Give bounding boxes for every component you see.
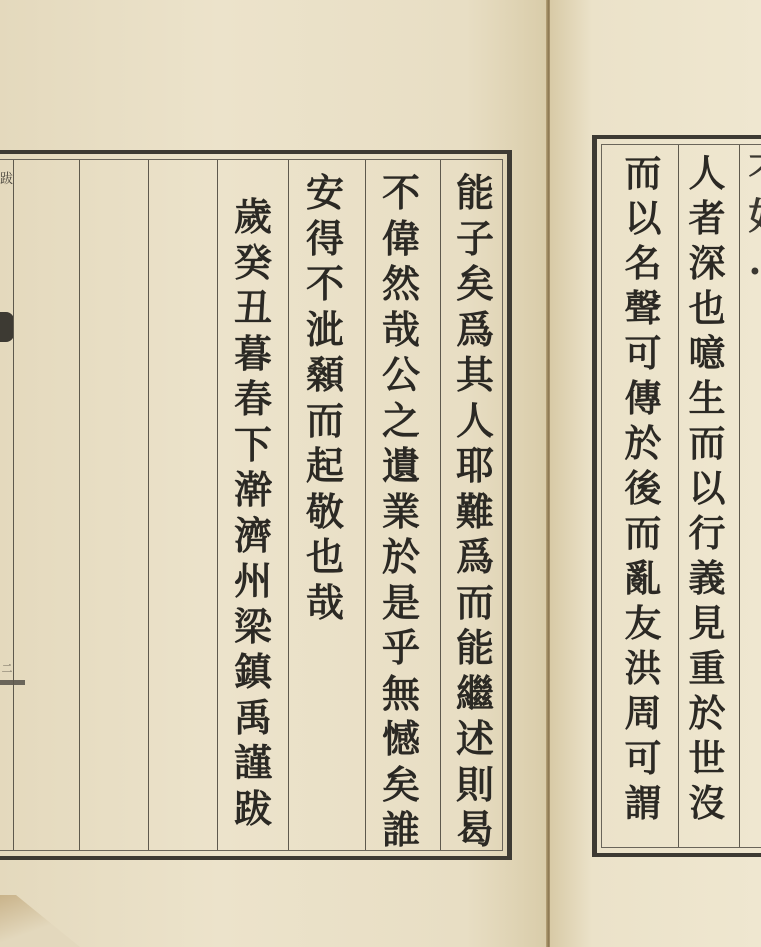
glyph: 爲 <box>456 534 494 580</box>
glyph: … <box>749 239 761 284</box>
glyph: 業 <box>382 489 420 535</box>
glyph: 安 <box>306 170 344 216</box>
glyph: 澣 <box>234 467 272 513</box>
glyph: 亂 <box>625 556 662 601</box>
glyph: 爲 <box>456 307 494 353</box>
glyph: 噫 <box>689 331 726 376</box>
column-divider <box>288 160 289 850</box>
glyph: 癸 <box>234 240 272 286</box>
glyph: 丑 <box>234 285 272 331</box>
glyph: 敬 <box>306 489 344 535</box>
glyph: 起 <box>306 443 344 489</box>
glyph: 名 <box>625 241 662 286</box>
glyph: 誰 <box>382 807 420 853</box>
glyph: 矣 <box>456 261 494 307</box>
glyph: 禹 <box>234 695 272 741</box>
glyph: 而 <box>625 151 662 196</box>
glyph: 可 <box>625 331 662 376</box>
glyph: 耶 <box>456 443 494 489</box>
glyph: 跋 <box>234 786 272 832</box>
glyph: 不 <box>306 261 344 307</box>
glyph: 也 <box>306 534 344 580</box>
glyph: 憾 <box>382 716 420 762</box>
glyph: 傳 <box>625 376 662 421</box>
text-column-3: 安 得 不 泚 顙 而 起 敬 也 哉 <box>290 170 360 625</box>
glyph: 無 <box>382 671 420 717</box>
glyph: 是 <box>382 580 420 626</box>
torn-page-corner <box>0 895 80 947</box>
glyph: 謹 <box>234 740 272 786</box>
glyph: 暮 <box>234 331 272 377</box>
glyph: 之 <box>382 398 420 444</box>
glyph: 以 <box>625 196 662 241</box>
glyph: 州 <box>234 558 272 604</box>
glyph: 深 <box>689 241 726 286</box>
margin-title: 跋 <box>0 168 13 187</box>
glyph: 遺 <box>382 443 420 489</box>
text-column-4-colophon: 歲 癸 丑 暮 春 下 澣 濟 州 梁 鎮 禹 謹 跋 <box>218 194 288 831</box>
glyph: 周 <box>625 691 662 736</box>
left-page: 跋 二 能 子 矣 爲 其 人 耶 <box>0 0 548 947</box>
text-column-1: 能 子 矣 爲 其 人 耶 難 爲 而 能 繼 述 則 曷 <box>440 170 510 853</box>
glyph: 而 <box>689 421 726 466</box>
column-divider <box>148 160 149 850</box>
glyph: 能 <box>456 170 494 216</box>
glyph: 沒 <box>689 781 726 826</box>
glyph: 見 <box>689 601 726 646</box>
glyph: 以 <box>689 466 726 511</box>
glyph: 謂 <box>625 781 662 826</box>
glyph: 述 <box>456 716 494 762</box>
glyph: 梁 <box>234 604 272 650</box>
glyph: 不 <box>382 170 420 216</box>
glyph: 而 <box>456 580 494 626</box>
glyph: 也 <box>689 286 726 331</box>
glyph: 重 <box>689 646 726 691</box>
column-divider <box>79 160 80 850</box>
glyph: 能 <box>456 625 494 671</box>
glyph: 世 <box>689 736 726 781</box>
glyph: 鎮 <box>234 649 272 695</box>
glyph: 歲 <box>234 194 272 240</box>
glyph: 者 <box>689 196 726 241</box>
glyph: 不 <box>749 149 761 194</box>
glyph: 濟 <box>234 513 272 559</box>
book-spread: 跋 二 能 子 矣 爲 其 人 耶 <box>0 0 761 947</box>
glyph: 而 <box>306 398 344 444</box>
glyph: 則 <box>456 762 494 808</box>
text-column-r1: 人 者 深 也 噫 生 而 以 行 義 見 重 於 世 沒 <box>672 151 742 826</box>
glyph: 於 <box>689 691 726 736</box>
glyph: 偉 <box>382 216 420 262</box>
text-column-r2: 而 以 名 聲 可 傳 於 後 而 亂 友 洪 周 可 謂 <box>608 151 678 826</box>
glyph: 而 <box>625 511 662 556</box>
glyph: 哉 <box>382 307 420 353</box>
glyph: 公 <box>382 352 420 398</box>
glyph: 友 <box>625 601 662 646</box>
right-page-frame: 不 如 … 人 者 深 也 噫 生 而 以 行 義 見 重 於 世 沒 <box>592 135 761 857</box>
glyph: 於 <box>382 534 420 580</box>
glyph: 後 <box>625 466 662 511</box>
glyph: 可 <box>625 736 662 781</box>
glyph: 哉 <box>306 580 344 626</box>
glyph: 生 <box>689 376 726 421</box>
glyph: 人 <box>456 398 494 444</box>
glyph: 聲 <box>625 286 662 331</box>
left-page-inner-border: 跋 二 能 子 矣 爲 其 人 耶 <box>0 159 503 851</box>
glyph: 顙 <box>306 352 344 398</box>
fish-tail-ornament-icon <box>0 312 14 342</box>
right-page-inner-border: 不 如 … 人 者 深 也 噫 生 而 以 行 義 見 重 於 世 沒 <box>601 144 761 848</box>
glyph: 曷 <box>456 807 494 853</box>
glyph: 下 <box>234 422 272 468</box>
glyph: 子 <box>456 216 494 262</box>
glyph: 乎 <box>382 625 420 671</box>
column-divider <box>13 160 14 850</box>
glyph: 然 <box>382 261 420 307</box>
glyph: 義 <box>689 556 726 601</box>
glyph: 於 <box>625 421 662 466</box>
glyph: 得 <box>306 216 344 262</box>
glyph: 人 <box>689 151 726 196</box>
glyph: 洪 <box>625 646 662 691</box>
glyph: 難 <box>456 489 494 535</box>
glyph: 矣 <box>382 762 420 808</box>
glyph: 繼 <box>456 671 494 717</box>
left-page-frame: 跋 二 能 子 矣 爲 其 人 耶 <box>0 150 512 860</box>
text-column-2: 不 偉 然 哉 公 之 遺 業 於 是 乎 無 憾 矣 誰 <box>366 170 436 853</box>
glyph: 泚 <box>306 307 344 353</box>
glyph: 春 <box>234 376 272 422</box>
glyph: 行 <box>689 511 726 556</box>
glyph: 其 <box>456 352 494 398</box>
page-number: 二 <box>0 660 14 676</box>
glyph: 如 <box>749 194 761 239</box>
